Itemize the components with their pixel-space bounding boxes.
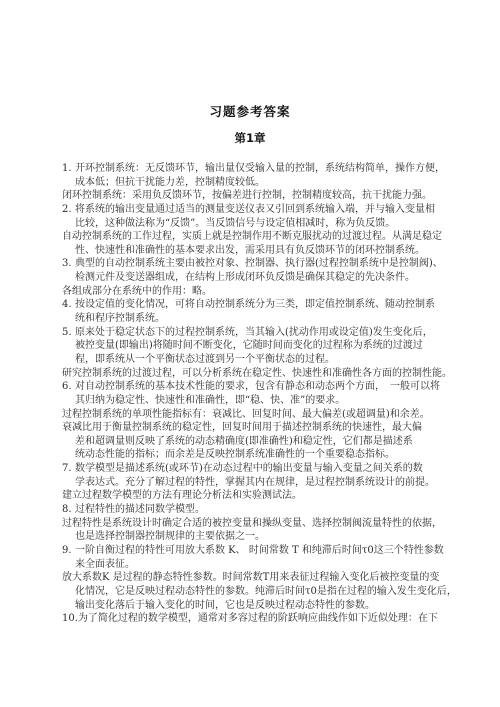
body-line: 衰减比用于衡量控制系统的稳定性，回复时间用于描述控制系统的快速性，最大偏 (62, 421, 454, 435)
item-number: 4. (62, 298, 75, 312)
item-number: 10. (62, 612, 78, 626)
body-line: 6.对自动控制系统的基本技术性能的要求，包含有静态和动态两个方面， 一般可以将 (62, 380, 454, 394)
body-line: 4.按设定值的变化情况，可将自动控制系统分为三类，即定值控制系统、随动控制系 (62, 298, 454, 312)
line-text: 学表达式。充分了解过程的特性，掌握其内在规律，是过程控制系统设计的前提。 (75, 476, 435, 490)
body-line: 10.为了简化过程的数学模型，通常对多容过程的阶跃响应曲线作如下近似处理：在下 (62, 612, 454, 626)
item-number: 5. (62, 326, 75, 340)
body-line: 建立过程数学模型的方法有理论分析法和实验测试法。 (62, 489, 454, 503)
body-line: 差和超调量则反映了系统的动态精确度(即准确性)和稳定性，它们都是描述系 (62, 435, 454, 449)
item-number: 3. (62, 257, 75, 271)
line-text: 比较，这种做法称为“反馈”。当反馈信号与设定值相减时，称为负反馈。 (75, 217, 395, 231)
line-text: 程，即系统从一个平衡状态过渡到另一个平衡状态的过程。 (75, 353, 335, 367)
line-text: 对自动控制系统的基本技术性能的要求，包含有静态和动态两个方面， 一般可以将 (75, 380, 440, 394)
line-text: 化情况，它是反映过程动态特性的参数。纯滞后时间τ0是指在过程的输入发生变化后， (75, 585, 457, 599)
document-page: 习题参考答案 第1章 1.开环控制系统：无反馈环节，输出量仅受输入量的控制，系统… (0, 0, 500, 707)
line-text: 被控变量(即输出)将随时间不断变化，它随时间而变化的过程称为系统的过渡过 (75, 339, 423, 353)
line-text: 研究控制系统的过渡过程，可以分析系统在稳定性、快速性和准确性各方面的控制性能。 (62, 367, 452, 381)
body-line: 5.原来处于稳定状态下的过程控制系统，当其输入(扰动作用或设定值)发生变化后， (62, 326, 454, 340)
line-text: 性、快速性和准确性的基本要求出发，需采用具有负反馈环节的闭环控制系统。 (75, 244, 425, 258)
body-line: 过程特性是系统设计时确定合适的被控变量和操纵变量、选择控制阀流量特性的依据， (62, 517, 454, 531)
line-text: 过程控制系统的单项性能指标有：衰减比、回复时间、最大偏差(或超调量)和余差。 (62, 408, 430, 422)
body-line: 统和程序控制系统。 (62, 312, 454, 326)
body-line: 检测元件及变送器组成，在结构上形成闭环负反馈是确保其稳定的先决条件。 (62, 271, 454, 285)
line-text: 数学模型是描述系统(或环节)在动态过程中的输出变量与输入变量之间关系的数 (75, 462, 423, 476)
line-text: 开环控制系统：无反馈环节，输出量仅受输入量的控制，系统结构简单，操作方便， (75, 162, 445, 176)
body-line: 学表达式。充分了解过程的特性，掌握其内在规律，是过程控制系统设计的前提。 (62, 476, 454, 490)
body-lines: 1.开环控制系统：无反馈环节，输出量仅受输入量的控制，系统结构简单，操作方便，成… (62, 162, 454, 626)
line-text: 闭环控制系统：采用负反馈环节，按偏差进行控制，控制精度较高，抗干扰能力强。 (62, 189, 432, 203)
body-line: 8.过程特性的描述同数学模型。 (62, 503, 454, 517)
line-text: 也是选择控制器控制规律的主要依据之一。 (75, 530, 265, 544)
line-text: 差和超调量则反映了系统的动态精确度(即准确性)和稳定性，它们都是描述系 (75, 435, 413, 449)
body-line: 自动控制系统的工作过程，实质上就是控制作用不断克服扰动的过渡过程。从满足稳定 (62, 230, 454, 244)
line-text: 衰减比用于衡量控制系统的稳定性，回复时间用于描述控制系统的快速性，最大偏 (62, 421, 422, 435)
item-number: 1. (62, 162, 75, 176)
line-text: 其归纳为稳定性、快速性和准确性，即“稳、快、准”的要求。 (75, 394, 345, 408)
line-text: 放大系数K 是过程的静态特性参数。时间常数T用来表征过程输入变化后被控变量的变 (62, 571, 439, 585)
body-line: 闭环控制系统：采用负反馈环节，按偏差进行控制，控制精度较高，抗干扰能力强。 (62, 189, 454, 203)
body-line: 7.数学模型是描述系统(或环节)在动态过程中的输出变量与输入变量之间关系的数 (62, 462, 454, 476)
line-text: 按设定值的变化情况，可将自动控制系统分为三类，即定值控制系统、随动控制系 (75, 298, 435, 312)
line-text: 过程特性的描述同数学模型。 (75, 503, 205, 517)
page-title: 习题参考答案 (0, 0, 500, 119)
body-line: 成本低；但抗干扰能力差，控制精度较低。 (62, 176, 454, 190)
line-text: 自动控制系统的工作过程，实质上就是控制作用不断克服扰动的过渡过程。从满足稳定 (62, 230, 442, 244)
body-line: 3.典型的自动控制系统主要由被控对象、控制器、执行器(过程控制系统中是控制阀)、 (62, 257, 454, 271)
body-line: 被控变量(即输出)将随时间不断变化，它随时间而变化的过程称为系统的过渡过 (62, 339, 454, 353)
line-text: 成本低；但抗干扰能力差，控制精度较低。 (75, 176, 265, 190)
body-line: 比较，这种做法称为“反馈”。当反馈信号与设定值相减时，称为负反馈。 (62, 217, 454, 231)
line-text: 过程特性是系统设计时确定合适的被控变量和操纵变量、选择控制阀流量特性的依据， (62, 517, 442, 531)
item-number: 9. (62, 544, 75, 558)
chapter-heading: 第1章 (0, 131, 500, 145)
body-line: 程，即系统从一个平衡状态过渡到另一个平衡状态的过程。 (62, 353, 454, 367)
line-text: 典型的自动控制系统主要由被控对象、控制器、执行器(过程控制系统中是控制阀)、 (75, 257, 443, 271)
item-number: 2. (62, 203, 75, 217)
line-text: 一阶自衡过程的特性可用放大系数 K、 时间常数 T 和纯滞后时间τ0这三个特性参… (75, 544, 444, 558)
body-line: 9.一阶自衡过程的特性可用放大系数 K、 时间常数 T 和纯滞后时间τ0这三个特… (62, 544, 454, 558)
line-text: 来全面表征。 (75, 558, 135, 572)
body-line: 化情况，它是反映过程动态特性的参数。纯滞后时间τ0是指在过程的输入发生变化后， (62, 585, 454, 599)
body-line: 性、快速性和准确性的基本要求出发，需采用具有负反馈环节的闭环控制系统。 (62, 244, 454, 258)
body-line: 也是选择控制器控制规律的主要依据之一。 (62, 530, 454, 544)
body-line: 其归纳为稳定性、快速性和准确性，即“稳、快、准”的要求。 (62, 394, 454, 408)
body-line: 1.开环控制系统：无反馈环节，输出量仅受输入量的控制，系统结构简单，操作方便， (62, 162, 454, 176)
item-number: 6. (62, 380, 75, 394)
body-line: 研究控制系统的过渡过程，可以分析系统在稳定性、快速性和准确性各方面的控制性能。 (62, 367, 454, 381)
body-line: 过程控制系统的单项性能指标有：衰减比、回复时间、最大偏差(或超调量)和余差。 (62, 408, 454, 422)
body-line: 统动态性能的指标；而余差是反映控制系统准确性的一个重要稳态指标。 (62, 448, 454, 462)
line-text: 输出变化落后于输入变化的时间，它也是反映过程动态特性的参数。 (75, 599, 375, 613)
line-text: 各组成部分在系统中的作用：略。 (62, 285, 212, 299)
body-line: 输出变化落后于输入变化的时间，它也是反映过程动态特性的参数。 (62, 599, 454, 613)
line-text: 将系统的输出变量通过适当的测量变送仪表又引回到系统输入端，并与输入变量相 (75, 203, 435, 217)
body-line: 放大系数K 是过程的静态特性参数。时间常数T用来表征过程输入变化后被控变量的变 (62, 571, 454, 585)
body-line: 2.将系统的输出变量通过适当的测量变送仪表又引回到系统输入端，并与输入变量相 (62, 203, 454, 217)
line-text: 统和程序控制系统。 (75, 312, 165, 326)
line-text: 统动态性能的指标；而余差是反映控制系统准确性的一个重要稳态指标。 (75, 448, 395, 462)
line-text: 检测元件及变送器组成，在结构上形成闭环负反馈是确保其稳定的先决条件。 (75, 271, 415, 285)
body-line: 各组成部分在系统中的作用：略。 (62, 285, 454, 299)
body-line: 来全面表征。 (62, 558, 454, 572)
line-text: 建立过程数学模型的方法有理论分析法和实验测试法。 (62, 489, 302, 503)
item-number: 8. (62, 503, 75, 517)
line-text: 为了简化过程的数学模型，通常对多容过程的阶跃响应曲线作如下近似处理：在下 (78, 612, 438, 626)
item-number: 7. (62, 462, 75, 476)
line-text: 原来处于稳定状态下的过程控制系统，当其输入(扰动作用或设定值)发生变化后， (75, 326, 433, 340)
